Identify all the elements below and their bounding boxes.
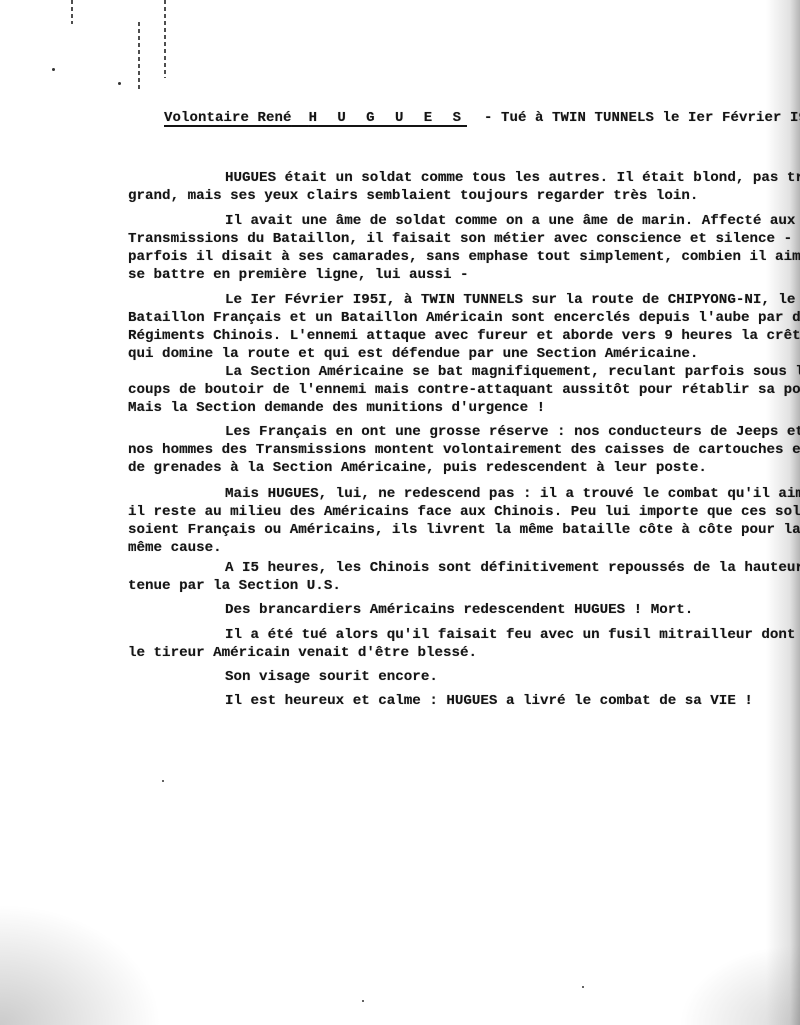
paragraph-9-line-1: Il a été tué alors qu'il faisait feu ave… xyxy=(225,627,795,644)
paragraph-4-line-2: coups de boutoir de l'ennemi mais contre… xyxy=(128,382,800,399)
paragraph-1-line-2: grand, mais ses yeux clairs semblaient t… xyxy=(128,188,698,205)
margin-mark xyxy=(138,22,140,92)
paragraph-3-line-1: Le Ier Février I95I, à TWIN TUNNELS sur … xyxy=(225,292,795,309)
paragraph-5-line-1: Les Français en ont une grosse réserve :… xyxy=(225,424,800,441)
paragraph-5-line-3: de grenades à la Section Américaine, pui… xyxy=(128,460,707,477)
ink-speck xyxy=(362,1000,364,1002)
scanned-typewritten-page: Volontaire René H U G U E S - Tué à TWIN… xyxy=(0,0,800,1025)
ink-speck xyxy=(162,780,164,782)
paragraph-6-line-2: il reste au milieu des Américains face a… xyxy=(128,504,800,521)
paragraph-3-line-3: Régiments Chinois. L'ennemi attaque avec… xyxy=(128,328,800,345)
paragraph-4-line-3: Mais la Section demande des munitions d'… xyxy=(128,400,545,417)
paragraph-9-line-2: le tireur Américain venait d'être blessé… xyxy=(128,645,477,662)
paragraph-2-line-1: Il avait une âme de soldat comme on a un… xyxy=(225,213,795,230)
heading-surname: H U G U E S xyxy=(309,110,467,126)
paragraph-2-line-4: se battre en première ligne, lui aussi - xyxy=(128,267,469,284)
paragraph-1-line-1: HUGUES était un soldat comme tous les au… xyxy=(225,170,800,187)
paragraph-4-line-1: La Section Américaine se bat magnifiquem… xyxy=(225,364,800,381)
paragraph-2-line-2: Transmissions du Bataillon, il faisait s… xyxy=(128,231,800,248)
margin-mark xyxy=(164,0,166,78)
paragraph-6-line-1: Mais HUGUES, lui, ne redescend pas : il … xyxy=(225,486,800,503)
heading-volunteer-label: Volontaire René xyxy=(164,110,292,126)
paragraph-7-line-1: A I5 heures, les Chinois sont définitive… xyxy=(225,560,800,577)
paragraph-7-line-2: tenue par la Section U.S. xyxy=(128,578,341,595)
paragraph-3-line-2: Bataillon Français et un Bataillon Améri… xyxy=(128,310,800,327)
document-heading: Volontaire René H U G U E S - Tué à TWIN… xyxy=(130,93,800,144)
paragraph-2-line-3: parfois il disait à ses camarades, sans … xyxy=(128,249,800,266)
paragraph-6-line-4: même cause. xyxy=(128,540,222,557)
heading-volunteer-name: Volontaire René H U G U E S xyxy=(164,110,467,126)
ink-speck xyxy=(52,68,55,71)
paragraph-10-line-1: Son visage sourit encore. xyxy=(225,669,438,686)
paragraph-8-line-1: Des brancardiers Américains redescendent… xyxy=(225,602,693,619)
ink-speck xyxy=(118,82,121,85)
margin-mark xyxy=(71,0,73,24)
paragraph-5-line-2: nos hommes des Transmissions montent vol… xyxy=(128,442,800,459)
ink-speck xyxy=(582,986,584,988)
heading-subtitle: - Tué à TWIN TUNNELS le Ier Février I95I… xyxy=(484,110,800,126)
paragraph-11-line-1: Il est heureux et calme : HUGUES a livré… xyxy=(225,693,753,710)
paragraph-6-line-3: soient Français ou Américains, ils livre… xyxy=(128,522,800,539)
paragraph-3-line-4: qui domine la route et qui est défendue … xyxy=(128,346,698,363)
